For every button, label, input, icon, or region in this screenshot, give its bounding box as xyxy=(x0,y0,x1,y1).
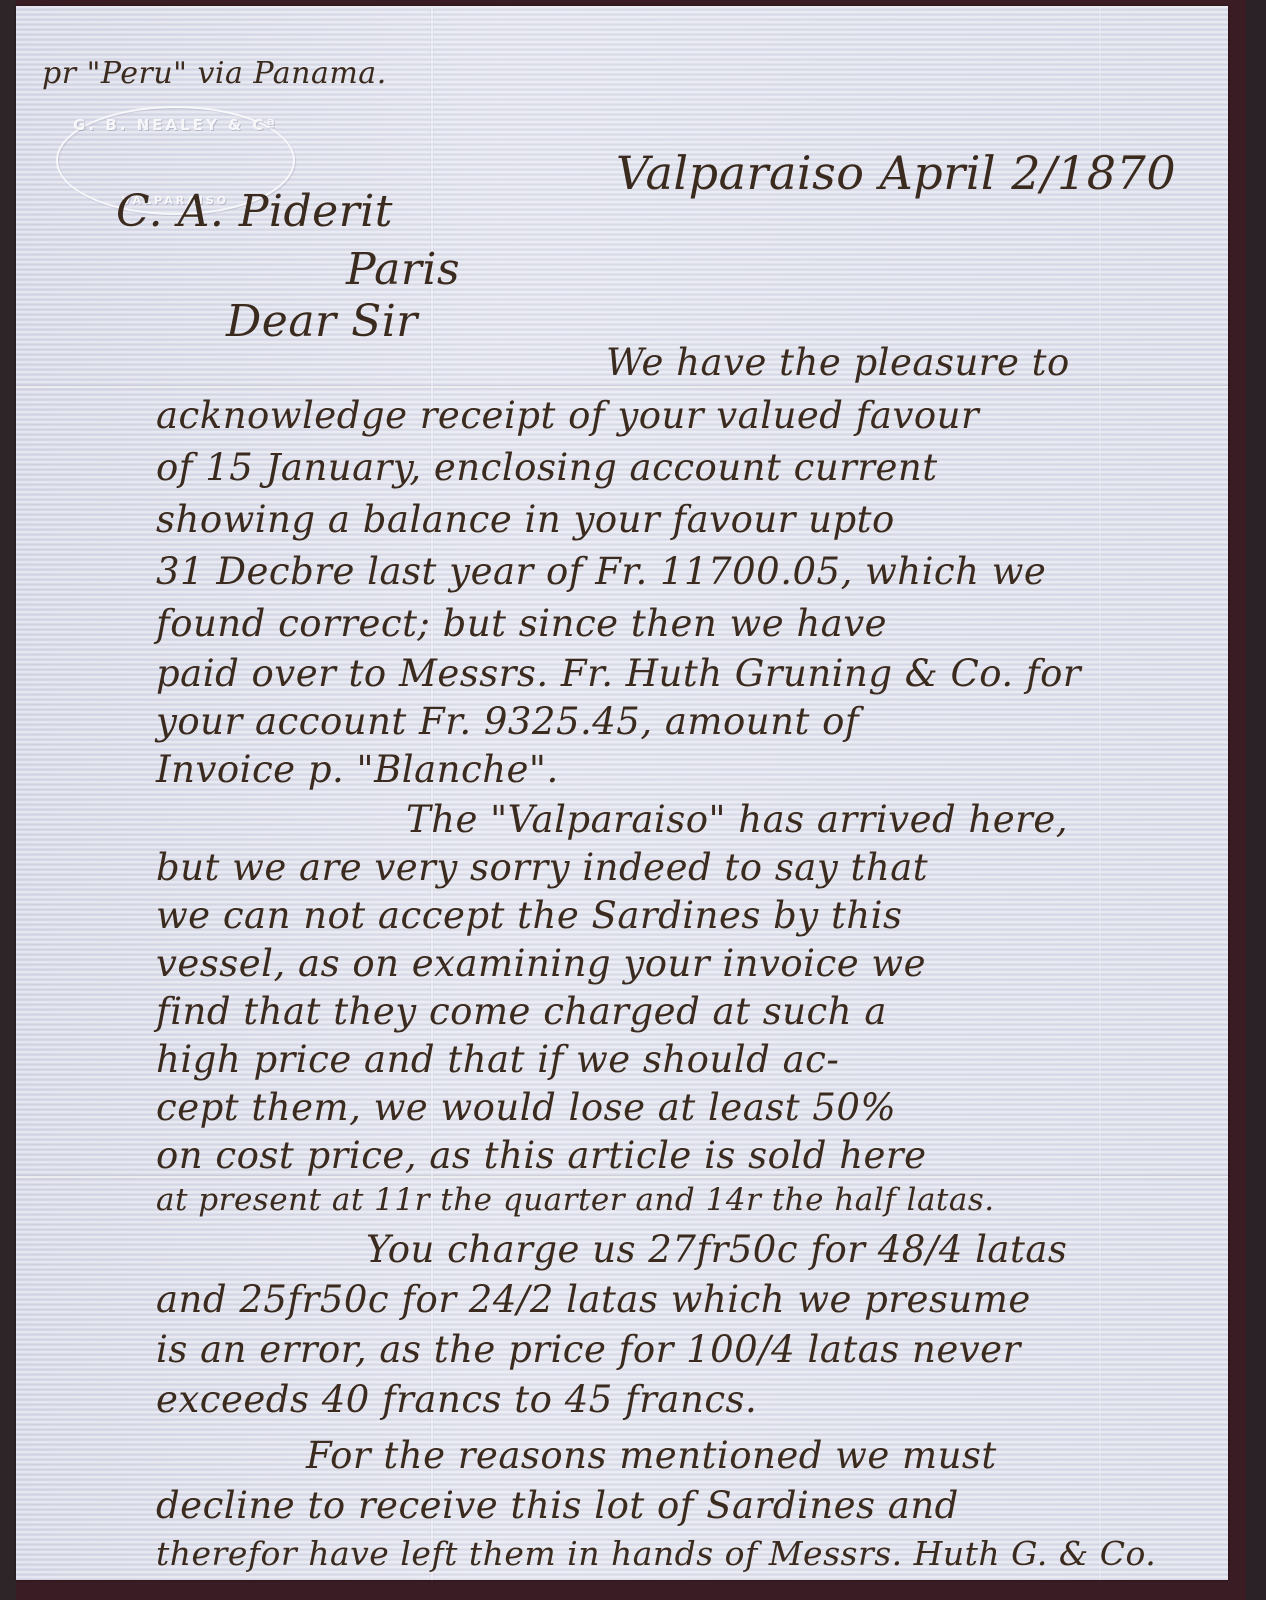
body-line: vessel, as on examining your invoice we xyxy=(156,942,926,985)
salutation: Dear Sir xyxy=(226,296,418,347)
body-line: Invoice p. "Blanche". xyxy=(156,748,559,791)
fold-crease-vertical-right xyxy=(1098,6,1102,1580)
stamp-company-name: G. B. NEALEY & Cª xyxy=(58,116,293,134)
addressee-city: Paris xyxy=(346,244,460,295)
body-line: showing a balance in your favour upto xyxy=(156,498,895,541)
body-line: at present at 11r the quarter and 14r th… xyxy=(156,1182,995,1218)
body-line: therefor have left them in hands of Mess… xyxy=(156,1534,1156,1573)
body-line: paid over to Messrs. Fr. Huth Gruning & … xyxy=(156,652,1081,695)
body-line: We have the pleasure to xyxy=(606,341,1070,384)
body-line: is an error, as the price for 100/4 lata… xyxy=(156,1328,1021,1371)
body-line: decline to receive this lot of Sardines … xyxy=(156,1484,959,1527)
body-line: high price and that if we should ac- xyxy=(156,1038,839,1081)
body-line: found correct; but since then we have xyxy=(156,602,887,645)
letter-sheet: G. B. NEALEY & Cª VALPARAISO pr "Peru" v… xyxy=(16,6,1228,1580)
body-line: For the reasons mentioned we must xyxy=(306,1434,997,1477)
body-line: but we are very sorry indeed to say that xyxy=(156,846,928,889)
addressee-name: C. A. Piderit xyxy=(116,186,393,237)
body-line: 31 Decbre last year of Fr. 11700.05, whi… xyxy=(156,550,1046,593)
body-line: and 25fr50c for 24/2 latas which we pres… xyxy=(156,1278,1031,1321)
body-line: of 15 January, enclosing account current xyxy=(156,446,938,489)
body-line: your account Fr. 9325.45, amount of xyxy=(156,700,859,743)
body-line: we can not accept the Sardines by this xyxy=(156,894,902,937)
body-line: find that they come charged at such a xyxy=(156,990,887,1033)
scan-background-right xyxy=(1246,0,1266,1600)
body-line: exceeds 40 francs to 45 francs. xyxy=(156,1378,757,1421)
body-line: acknowledge receipt of your valued favou… xyxy=(156,394,979,437)
scan-background-left xyxy=(0,0,16,1600)
fold-crease-upper xyxy=(16,385,1228,389)
body-line: on cost price, as this article is sold h… xyxy=(156,1134,927,1177)
routing-note: pr "Peru" via Panama. xyxy=(42,56,387,91)
place-and-date: Valparaiso April 2/1870 xyxy=(616,146,1176,200)
body-line: You charge us 27fr50c for 48/4 latas xyxy=(366,1228,1067,1271)
body-line: The "Valparaiso" has arrived here, xyxy=(406,798,1068,841)
body-line: cept them, we would lose at least 50% xyxy=(156,1086,896,1129)
